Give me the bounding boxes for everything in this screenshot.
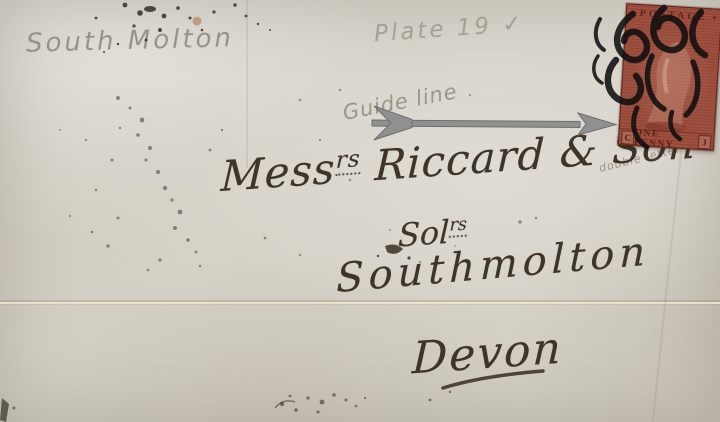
pencil-plate-note: Plate 19 ✓ bbox=[373, 11, 525, 47]
address-line1-superscript: rs bbox=[335, 146, 361, 176]
envelope-front: South Molton Plate 19 ✓ Guide line * dou… bbox=[0, 0, 720, 422]
stamp-corner-letter-right: J bbox=[698, 134, 712, 149]
diagonal-fold-crease bbox=[652, 151, 682, 422]
address-line1-main: Mess bbox=[220, 144, 336, 201]
penny-red-stamp: ✦ POSTAGE ✦ C ONE PENNY J bbox=[618, 3, 720, 151]
pencil-guide-line-note: Guide line bbox=[341, 79, 460, 125]
pencil-place-note: South Molton bbox=[26, 23, 235, 58]
address-line2-superscript: rs bbox=[449, 215, 467, 238]
stamp-corner-letter-left: C bbox=[621, 130, 635, 145]
address-line-county: Devon bbox=[411, 323, 563, 385]
bottom-smudge bbox=[0, 391, 451, 422]
horizontal-fold-crease bbox=[0, 300, 720, 305]
overlay-artwork bbox=[0, 0, 720, 422]
address-line-town: Southmolton bbox=[336, 228, 650, 302]
vertical-fold-crease bbox=[246, 0, 248, 168]
stamp-one-penny-text: ONE PENNY bbox=[634, 127, 699, 151]
